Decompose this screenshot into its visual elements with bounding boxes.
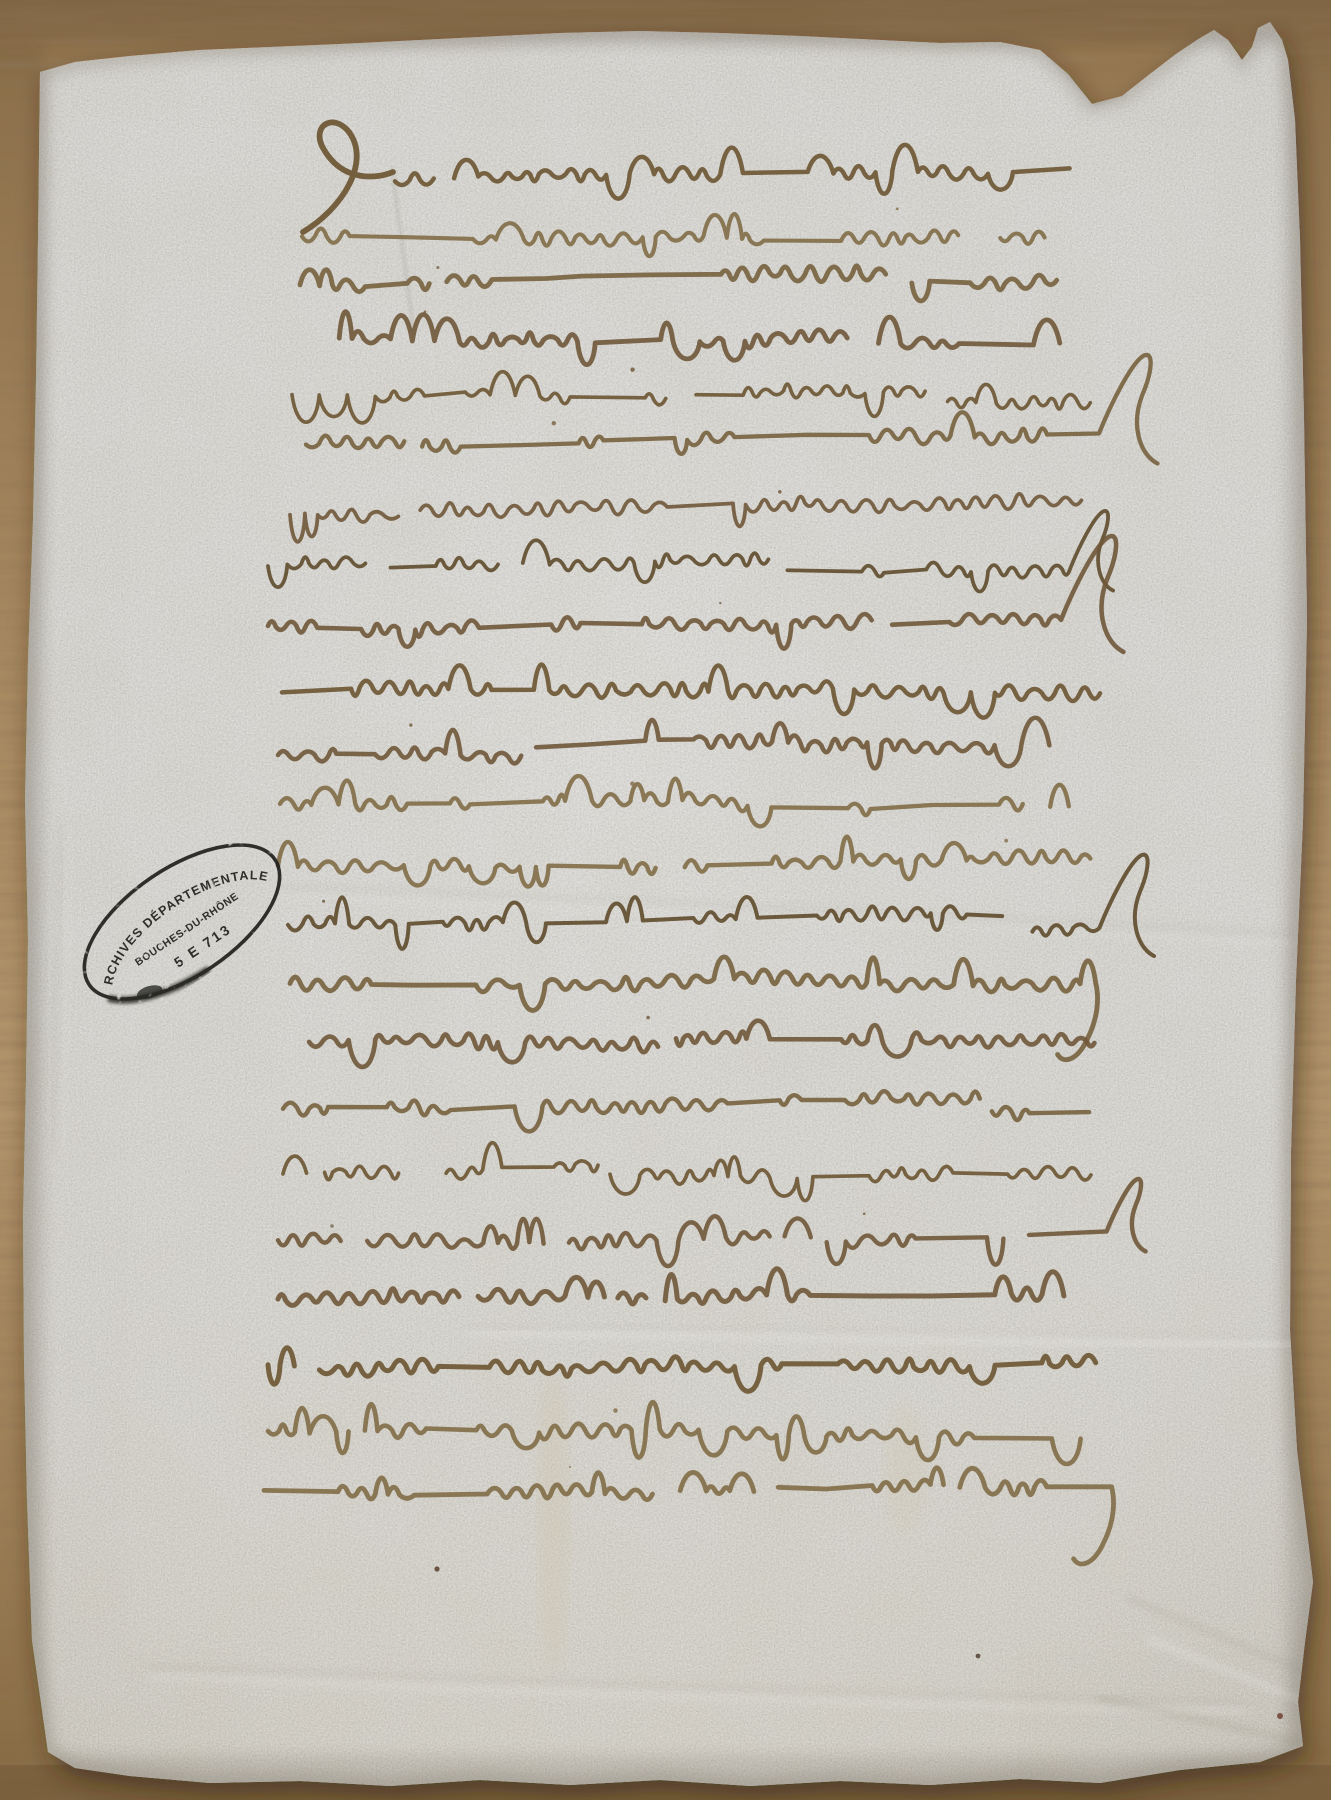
ink-dot — [424, 310, 427, 313]
ink-dot — [552, 421, 556, 425]
paper-grain-light — [0, 0, 1331, 1800]
ink-dot — [613, 1408, 618, 1413]
ink-dot — [630, 781, 634, 785]
ink-dot — [896, 208, 899, 211]
ink-dot — [778, 490, 782, 494]
ink-dot — [719, 602, 721, 604]
ink-dot — [409, 723, 412, 726]
ink-dot — [436, 266, 439, 269]
ink-dot — [646, 1016, 650, 1020]
ink-dot — [1004, 839, 1008, 843]
ink-dot — [322, 900, 325, 903]
ink-dot — [630, 367, 634, 371]
paper-sheet: ARCHIVES DÉPARTEMENTALES BOUCHES-DU-RHÔN… — [0, 0, 1331, 1800]
manuscript-photo-svg: ARCHIVES DÉPARTEMENTALES BOUCHES-DU-RHÔN… — [0, 0, 1331, 1800]
manuscript-photo: ARCHIVES DÉPARTEMENTALES BOUCHES-DU-RHÔN… — [0, 0, 1331, 1800]
ink-dot — [863, 1212, 866, 1215]
ink-dot — [569, 1466, 571, 1468]
